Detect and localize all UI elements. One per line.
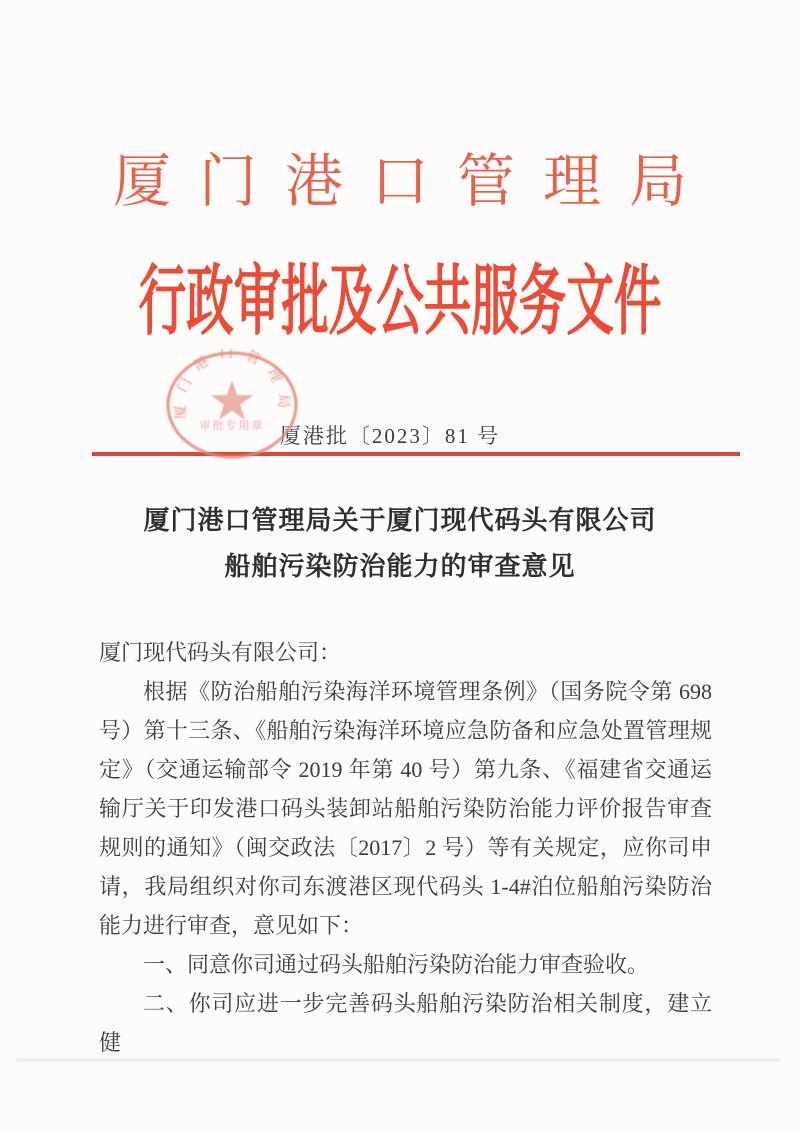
body-salutation: 厦门现代码头有限公司： xyxy=(99,633,712,672)
stamp-star-icon xyxy=(211,380,253,420)
scan-artifact-line xyxy=(16,1059,780,1061)
body-item-2: 二、你司应进一步完善码头船舶污染防治相关制度，建立健 xyxy=(99,984,712,1023)
body-line: 根据《防治船舶污染海洋环境管理条例》（国务院令第 698 xyxy=(99,672,712,711)
body-line: 定》（交通运输部令 2019 年第 40 号）第九条、《福建省交通运 xyxy=(99,750,712,789)
body-line: 请，我局组织对你司东渡港区现代码头 1-4#泊位船舶污染防治 xyxy=(99,867,712,906)
document-page: 厦门港口管理局 行政审批及公共服务文件 厦门港口管理局 审批专用章 厦港批〔20… xyxy=(0,0,800,1131)
body-line: 输厅关于印发港口码头装卸站船舶污染防治能力评价报告审查 xyxy=(99,789,712,828)
agency-name: 厦门港口管理局 xyxy=(0,150,800,214)
stamp-bottom-text: 审批专用章 xyxy=(200,418,265,432)
body-item-1: 一、同意你司通过码头船舶污染防治能力审查验收。 xyxy=(99,945,712,984)
document-body: 厦门现代码头有限公司： 根据《防治船舶污染海洋环境管理条例》（国务院令第 698… xyxy=(99,633,712,1023)
document-title: 厦门港口管理局关于厦门现代码头有限公司 船舶污染防治能力的审查意见 xyxy=(0,498,800,590)
document-title-line2: 船舶污染防治能力的审查意见 xyxy=(0,544,800,590)
body-line: 号）第十三条、《船舶污染海洋环境应急防备和应急处置管理规 xyxy=(99,711,712,750)
document-number: 厦港批〔2023〕81 号 xyxy=(0,420,780,450)
body-line: 规则的通知》（闽交政法〔2017〕2 号）等有关规定，应你司申 xyxy=(99,828,712,867)
official-seal-stamp: 厦门港口管理局 审批专用章 xyxy=(162,349,302,469)
document-title-line1: 厦门港口管理局关于厦门现代码头有限公司 xyxy=(0,498,800,544)
document-type-banner: 行政审批及公共服务文件 xyxy=(139,260,662,341)
document-type-banner-row: 行政审批及公共服务文件 xyxy=(0,260,800,330)
body-line: 能力进行审查，意见如下： xyxy=(99,906,712,945)
